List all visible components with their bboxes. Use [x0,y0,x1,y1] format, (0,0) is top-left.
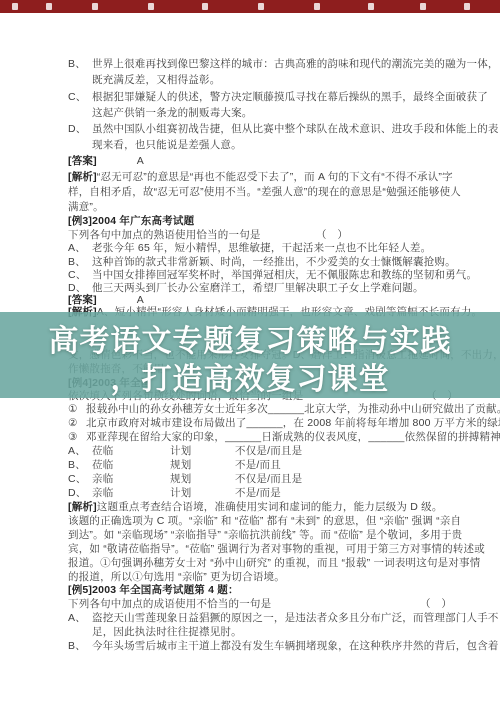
line-text: 盗挖天山雪莲现象日益猖獗的原因之一，是违法者众多且分布广泛，而管理部门人手不 [92,612,499,624]
top-banner-mark [258,3,264,10]
numbered-item: ①报载孙中山的孙女孙穗芳女士近年多次______北京大学，为推动孙中山研究做出了… [68,403,492,416]
numbered-item: ③邓亚萍现在留给大家的印象，______日渐成熟的仪表风度，______依然保留… [68,431,492,444]
top-banner-mark [148,3,154,10]
line-label: C、 [68,269,92,282]
top-banner-mark [420,3,426,10]
option-line: C、当中国女排捧回冠军奖杯时，举国弹冠相庆，无不佩服陈忠和教练的坚韧和勇气。 [68,269,492,282]
paragraph-line: 满意”。 [68,201,492,214]
option-line: C、根据犯罪嫌疑人的供述，警方决定顺藤摸瓜寻找在幕后操纵的黑手，最终全面破获了 [68,91,492,104]
row-word: 计划 [170,445,191,458]
line-text: “忍无可忍”的意思是“再也不能忍受下去了”，而 A 句的下文有“不得不承认”字 [97,171,453,183]
line-text: 虽然中国队小组赛初战告捷，但从比赛中整个球队在战术意识、进攻手段和体能上的表 [92,123,499,135]
paragraph-line: 该题的正确选项为 C 项。“亲临” 和 “莅临” 都有 “未到” 的意思，但 “… [68,515,492,528]
line-label: B、 [68,640,92,653]
option-line: B、今年头场雪后城市主干道上都没有发生车辆拥堵现象，在这种秩序井然的背后，包含着 [68,640,492,653]
line-label: C、 [68,91,92,104]
line-label: A、 [68,612,92,625]
paragraph-line: 到达”。如 “亲临现场” “亲临指导” “亲临抗洪前线” 等。而 “莅临” 是个… [68,529,492,542]
continuation-line: 既充满反差，又相得益彰。 [68,74,500,87]
answer-line: [答案]A [68,155,492,168]
answer-parentheses: （ ） [316,229,348,242]
choice-row: A、莅临计划不仅是/而且是 [68,445,492,458]
paragraph-line: 宾，如 “敬请莅临指导”。“莅临” 强调行为者对事物的重视，可用于第三方对事情的… [68,543,492,556]
answer-value: A [137,294,144,306]
line-text: 老张今年 65 年，短小精悍，思维敏捷，干起活来一点也不比年轻人差。 [92,242,431,254]
analysis-line: [解析]“忍无可忍”的意思是“再也不能忍受下去了”，而 A 句的下文有“不得不承… [68,171,492,184]
line-label: B、 [68,58,92,71]
row-word: 不仅是/而且是 [235,473,302,486]
row-label: D、 [68,487,92,500]
example-header: [例5]2003 年全国高考试题第 4 题： [68,584,492,597]
top-banner-mark [202,3,208,10]
option-line: A、盗挖天山雪莲现象日益猖獗的原因之一，是违法者众多且分布广泛，而管理部门人手不 [68,612,492,625]
line-label: ① [68,403,86,416]
row-label: C、 [68,473,92,486]
top-banner [0,0,500,13]
line-label: D、 [68,123,92,136]
example-header: [例3]2004 年广东高考试题 [68,215,492,228]
row-word: 亲临 [92,473,113,486]
row-word: 计划 [170,487,191,500]
continuation-line: 足，因此执法时往往捉襟见肘。 [68,626,500,639]
choice-row: D、亲临计划不是/而是 [68,487,492,500]
option-line: A、老张今年 65 年，短小精悍，思维敏捷，干起活来一点也不比年轻人差。 [68,242,492,255]
analysis-line: [解析]这题重点考查结合语境，准确使用实词和虚词的能力，能力层级为 D 级。 [68,501,492,514]
row-word: 亲临 [92,487,113,500]
line-label: [解析] [68,171,97,184]
line-label: [解析] [68,501,97,514]
row-word: 莅临 [92,445,113,458]
option-line: D、虽然中国队小组赛初战告捷，但从比赛中整个球队在战术意识、进攻手段和体能上的表 [68,123,492,136]
line-label: ② [68,417,86,430]
choice-row: B、莅临规划不是/而且 [68,459,492,472]
question-line: 下列各句中加点的成语使用不恰当的一句是（ ） [68,598,492,611]
line-text: 邓亚萍现在留给大家的印象，______日渐成熟的仪表风度，______依然保留的… [86,431,500,443]
numbered-item: ②北京市政府对城市建设布局做出了______，在 2008 年前将每年增加 80… [68,417,492,430]
answer-parentheses: （ ） [420,598,452,611]
top-banner-mark [314,3,320,10]
watermark-overlay: 高考语文专题复习策略与实践 ，打造高效复习课堂 [0,312,500,398]
line-label: A、 [68,242,92,255]
option-line: B、这种首饰的款式非常新颖、时尚，一经推出，不少爱美的女士慷慨解囊抢购。 [68,256,492,269]
row-word: 不是/而且 [235,459,281,472]
top-banner-mark [368,3,374,10]
line-label: ③ [68,431,86,444]
row-word: 莅临 [92,459,113,472]
line-text: 当中国女排捧回冠军奖杯时，举国弹冠相庆，无不佩服陈忠和教练的坚韧和勇气。 [92,269,477,281]
paragraph-line: 的报道，所以①句选用 “亲临” 更为切合语境。 [68,571,492,584]
question-text: 下列各句中加点的成语使用不恰当的一句是 [68,598,271,610]
continuation-line: 这起产供销一条龙的制贩毒大案。 [68,107,500,120]
line-text: 他三天两头到厂长办公室磨洋工，希望厂里解决职工子女上学难问题。 [92,282,424,294]
line-text: 今年头场雪后城市主干道上都没有发生车辆拥堵现象，在这种秩序井然的背后，包含着 [92,640,499,652]
paragraph-line: 样，自相矛盾，故“忍无可忍”使用不当。“差强人意”的现在的意思是“勉强还能够使人 [68,186,492,199]
row-word: 不是/而是 [235,487,281,500]
answer-value: A [137,155,144,167]
watermark-title-line2: ，打造高效复习课堂 [0,354,500,398]
line-text: 这种首饰的款式非常新颖、时尚，一经推出，不少爱美的女士慷慨解囊抢购。 [92,256,456,268]
row-label: B、 [68,459,92,472]
option-line: B、世界上很难再找到像巴黎这样的城市：古典高雅的韵味和现代的潮流完美的融为一体， [68,58,492,71]
line-text: 这题重点考查结合语境，准确使用实词和虚词的能力，能力层级为 D 级。 [97,501,443,513]
line-text: 根据犯罪嫌疑人的供述，警方决定顺藤摸瓜寻找在幕后操纵的黑手，最终全面破获了 [92,91,488,103]
answer-tag: [答案] [68,155,97,168]
question-text: 下列各句中加点的熟语使用恰当的一句是 [68,229,261,241]
line-text: 报载孙中山的孙女孙穗芳女士近年多次______北京大学，为推动孙中山研究做出了贡… [86,403,500,415]
line-text: 世界上很难再找到像巴黎这样的城市：古典高雅的韵味和现代的潮流完美的融为一体， [92,58,499,70]
top-banner-mark [464,3,470,10]
top-banner-mark [92,3,98,10]
line-label: B、 [68,256,92,269]
row-label: A、 [68,445,92,458]
row-word: 规划 [170,459,191,472]
continuation-line: 现来看，也只能说是差强人意。 [68,139,500,152]
question-line: 下列各句中加点的熟语使用恰当的一句是（ ） [68,229,492,242]
line-text: 北京市政府对城市建设布局做出了______，在 2008 年前将每年增加 800… [86,417,500,429]
row-word: 不仅是/而且是 [235,445,302,458]
choice-row: C、亲临规划不仅是/而且是 [68,473,492,486]
top-banner-mark [46,3,52,10]
top-banner-mark [12,3,18,10]
row-word: 规划 [170,473,191,486]
paragraph-line: 报道。①句强调孙穗芳女士对 “孙中山研究” 的重视，而且 “报载” 一词表明这句… [68,557,492,570]
